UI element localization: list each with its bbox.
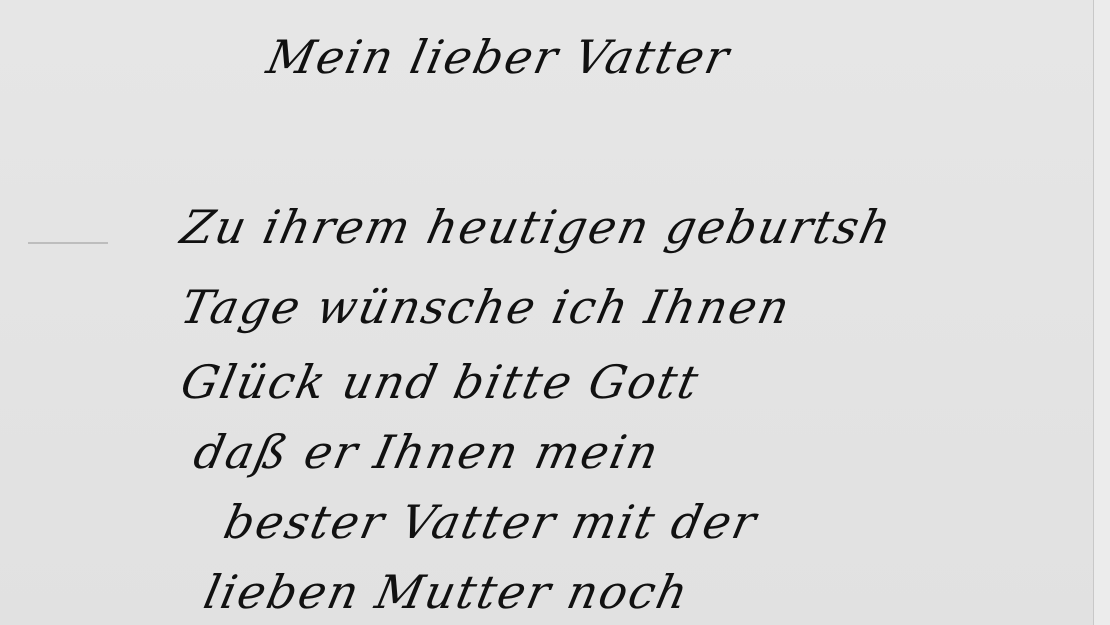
letter-page: Mein lieber Vatter Zu ihrem heutigen geb… bbox=[0, 0, 1093, 625]
paper-mark bbox=[28, 242, 108, 244]
letter-line-1: Zu ihrem heutigen geburtsh bbox=[176, 200, 898, 254]
letter-line-2: Tage wünsche ich Ihnen bbox=[176, 280, 796, 334]
letter-line-3: Glück und bitte Gott bbox=[176, 355, 705, 409]
salutation: Mein lieber Vatter bbox=[262, 30, 735, 84]
page-edge bbox=[1093, 0, 1110, 625]
letter-line-5: bester Vatter mit der bbox=[219, 495, 762, 549]
letter-line-4: daß er Ihnen mein bbox=[189, 425, 665, 479]
letter-line-6: lieben Mutter noch bbox=[199, 565, 694, 619]
